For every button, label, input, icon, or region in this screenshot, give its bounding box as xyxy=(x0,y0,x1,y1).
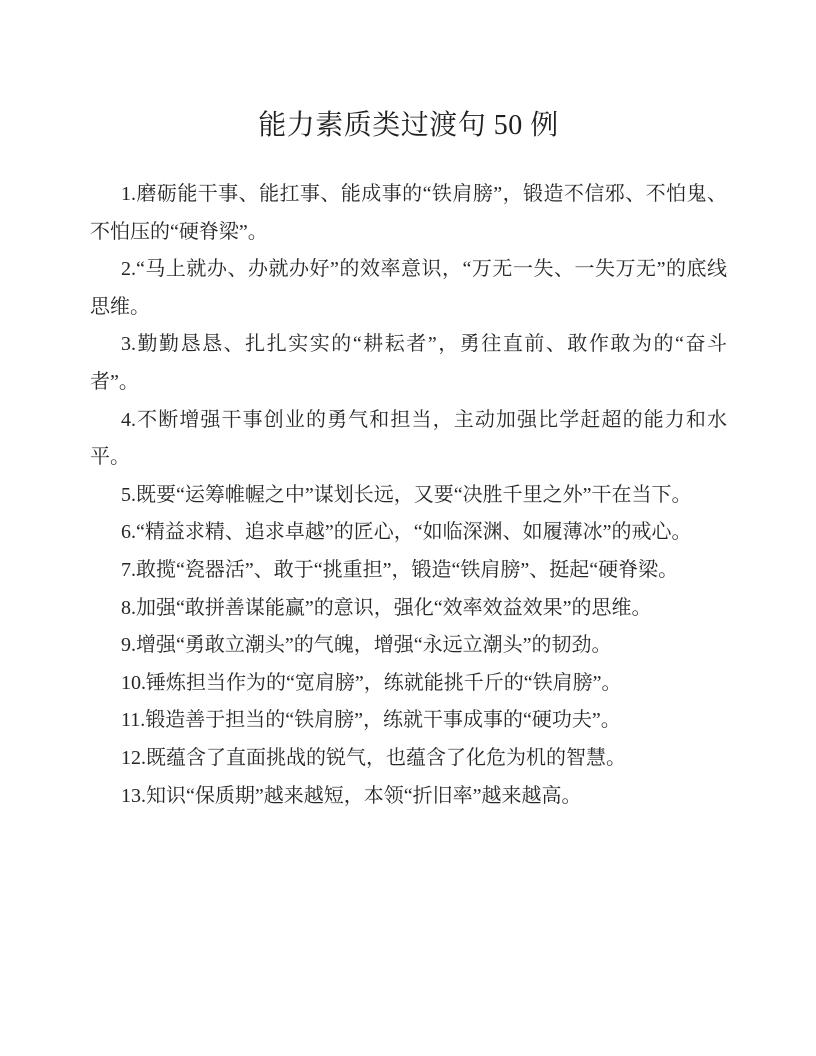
paragraph-item-4: 4.不断增强干事创业的勇气和担当，主动加强比学赶超的能力和水平。 xyxy=(90,402,727,477)
paragraph-item-12: 12.既蕴含了直面挑战的锐气，也蕴含了化危为机的智慧。 xyxy=(90,740,727,778)
paragraph-item-9: 9.增强“勇敢立潮头”的气魄，增强“永远立潮头”的韧劲。 xyxy=(90,627,727,665)
paragraph-item-7: 7.敢揽“瓷器活”、敢于“挑重担”，锻造“铁肩膀”、挺起“硬脊梁。 xyxy=(90,552,727,590)
paragraph-item-3: 3.勤勤恳恳、扎扎实实的“耕耘者”，勇往直前、敢作敢为的“奋斗者”。 xyxy=(90,326,727,401)
paragraph-item-13: 13.知识“保质期”越来越短，本领“折旧率”越来越高。 xyxy=(90,778,727,816)
paragraph-item-10: 10.锤炼担当作为的“宽肩膀”，练就能挑千斤的“铁肩膀”。 xyxy=(90,665,727,703)
document-content: 能力素质类过渡句 50 例 1.磨砺能干事、能扛事、能成事的“铁肩膀”，锻造不信… xyxy=(90,104,727,815)
document-page: 能力素质类过渡句 50 例 1.磨砺能干事、能扛事、能成事的“铁肩膀”，锻造不信… xyxy=(0,0,816,1056)
page-title: 能力素质类过渡句 50 例 xyxy=(90,104,727,148)
paragraph-list: 1.磨砺能干事、能扛事、能成事的“铁肩膀”，锻造不信邪、不怕鬼、不怕压的“硬脊梁… xyxy=(90,176,727,815)
paragraph-item-5: 5.既要“运筹帷幄之中”谋划长远，又要“决胜千里之外”干在当下。 xyxy=(90,477,727,515)
paragraph-item-11: 11.锻造善于担当的“铁肩膀”，练就干事成事的“硬功夫”。 xyxy=(90,702,727,740)
paragraph-item-1: 1.磨砺能干事、能扛事、能成事的“铁肩膀”，锻造不信邪、不怕鬼、不怕压的“硬脊梁… xyxy=(90,176,727,251)
paragraph-item-8: 8.加强“敢拼善谋能赢”的意识，强化“效率效益效果”的思维。 xyxy=(90,590,727,628)
paragraph-item-6: 6.“精益求精、追求卓越”的匠心，“如临深渊、如履薄冰”的戒心。 xyxy=(90,514,727,552)
paragraph-item-2: 2.“马上就办、办就办好”的效率意识，“万无一失、一失万无”的底线思维。 xyxy=(90,251,727,326)
